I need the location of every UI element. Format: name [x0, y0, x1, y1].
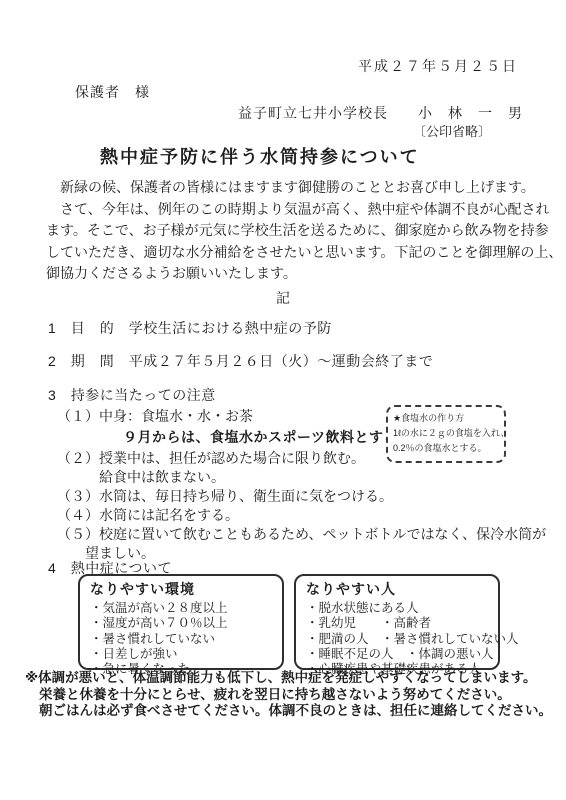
greeting-line: さて、今年は、例年のこの時期より気温が高く、熱中症や体調不良が心配され: [46, 199, 536, 221]
caution-item-2-sub: 給食中は飲まない。: [99, 468, 546, 487]
greeting-paragraph: 新緑の候、保護者の皆様にはますます御健勝のこととお喜び申し上げます。 さて、今年…: [46, 177, 536, 285]
risk-people-item: ・脱水状態にある人: [306, 601, 490, 616]
ki-marker: 記: [0, 288, 566, 308]
saline-recipe-callout: ★食塩水の作り方 1ℓの水に２ｇの食塩を入れ、 0.2％の食塩水とする。: [386, 405, 506, 463]
caution-item-3: （３）水筒は、毎日持ち帰り、衛生面に気をつける。: [57, 487, 546, 506]
footer-note-line: ※体調が悪いと、体温調節能力も低下し、熱中症を発症しやすくなってしまいます。: [25, 670, 552, 687]
risk-people-item: ・睡眠不足の人 ・体調の悪い人: [306, 647, 490, 662]
document-date: 平成２７年５月２５日: [0, 56, 518, 76]
footer-note-line: 栄養と休養を十分にとらせ、疲れを翌日に持ち越さないよう努めてください。: [39, 687, 552, 704]
risk-environment-item: ・日差しが強い: [90, 647, 274, 662]
risk-people-item: ・乳幼児 ・高齢者: [306, 616, 490, 631]
footer-note-line: 朝ごはんは必ず食べさせてください。体調不良のときは、担任に連絡してください。: [39, 703, 552, 720]
risk-environment-title: なりやすい環境: [90, 579, 274, 599]
risk-environment-item: ・気温が高い２８度以上: [90, 601, 274, 616]
section-period: 2 期 間 平成２７年５月２６日（火）～運動会終了まで: [48, 351, 433, 371]
section-cautions-heading: 3 持参に当たっての注意: [48, 385, 216, 405]
heatstroke-info-boxes: なりやすい環境 ・気温が高い２８度以上 ・湿度が高い７０％以上 ・暑さ慣れしてい…: [78, 574, 500, 670]
risk-people-title: なりやすい人: [306, 579, 490, 599]
seal-omitted-note: 〔公印省略〕: [413, 121, 491, 140]
saline-recipe-title: ★食塩水の作り方: [393, 411, 499, 426]
footer-advice-notes: ※体調が悪いと、体温調節能力も低下し、熱中症を発症しやすくなってしまいます。 栄…: [25, 670, 552, 720]
document-page: 平成２７年５月２５日 保護者 様 益子町立七井小学校長 小 林 一 男 〔公印省…: [0, 0, 566, 800]
section-purpose: 1 目 的 学校生活における熱中症の予防: [48, 318, 332, 338]
sender-line: 益子町立七井小学校長 小 林 一 男: [238, 103, 523, 123]
risk-people-box: なりやすい人 ・脱水状態にある人 ・乳幼児 ・高齢者 ・肥満の人 ・暑さ慣れして…: [294, 574, 500, 670]
greeting-line: ます。そこで、お子様が元気に学校生活を送るために、御家庭から飲み物を持参: [46, 220, 536, 242]
page-title: 熱中症予防に伴う水筒持参について: [100, 143, 420, 169]
risk-environment-item: ・暑さ慣れしていない: [90, 632, 274, 647]
caution-item-4: （４）水筒には記名をする。: [57, 506, 546, 525]
saline-recipe-line: 0.2％の食塩水とする。: [393, 441, 499, 456]
greeting-line: 御協力くださるようお願いいたします。: [46, 263, 536, 285]
greeting-line: していただき、適切な水分補給をさせたいと思います。下記のことを御理解の上、: [46, 242, 536, 264]
addressee-line: 保護者 様: [75, 82, 150, 102]
saline-recipe-line: 1ℓの水に２ｇの食塩を入れ、: [393, 426, 499, 441]
caution-item-5: （５）校庭に置いて飲むこともあるため、ペットボトルではなく、保冷水筒が: [57, 525, 546, 544]
risk-environment-box: なりやすい環境 ・気温が高い２８度以上 ・湿度が高い７０％以上 ・暑さ慣れしてい…: [78, 574, 284, 670]
greeting-line: 新緑の候、保護者の皆様にはますます御健勝のこととお喜び申し上げます。: [46, 177, 536, 199]
risk-environment-item: ・湿度が高い７０％以上: [90, 616, 274, 631]
risk-people-item: ・肥満の人 ・暑さ慣れしていない人: [306, 632, 490, 647]
